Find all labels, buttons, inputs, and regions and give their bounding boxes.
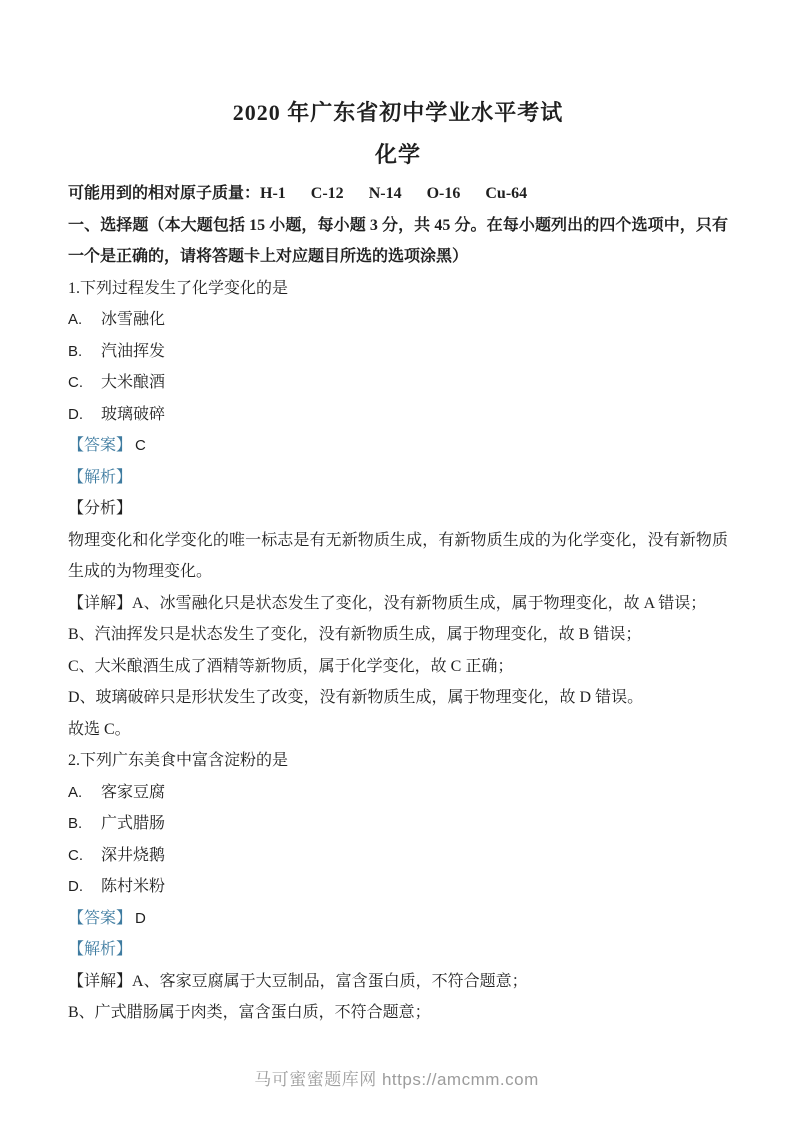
option-letter: A. [68,304,101,336]
detail-text: A、冰雪融化只是状态发生了变化，没有新物质生成，属于物理变化，故 A 错误； [132,595,706,612]
option-letter: B. [68,336,101,368]
option-row-b: B.汽油挥发 [68,336,728,368]
option-text: 大米酿酒 [101,374,165,391]
option-text: 陈村米粉 [101,878,165,895]
explanation-label: 【解析】 [68,469,132,486]
detail-line-b: B、广式腊肠属于肉类，富含蛋白质，不符合题意； [68,997,728,1029]
option-row-d: D.陈村米粉 [68,871,728,903]
explanation-line: 【解析】 [68,934,728,966]
option-letter: C. [68,840,101,872]
option-letter: D. [68,399,101,431]
option-text: 汽油挥发 [101,343,165,360]
option-row-c: C.大米酿酒 [68,367,728,399]
document-content: 2020 年广东省初中学业水平考试 化学 可能用到的相对原子质量：H-1C-12… [0,0,793,1029]
detail-line-c: C、大米酿酒生成了酒精等新物质，属于化学变化，故 C 正确； [68,651,728,683]
option-row-d: D.玻璃破碎 [68,399,728,431]
option-row-c: C.深井烧鹅 [68,840,728,872]
answer-line: 【答案】D [68,903,728,935]
conclusion-line: 故选 C。 [68,714,728,746]
option-letter: B. [68,808,101,840]
option-letter: C. [68,367,101,399]
explanation-line: 【解析】 [68,462,728,494]
analysis-label-line: 【分析】 [68,493,728,525]
atomic-mass-item-n: N-14 [369,185,402,202]
detail-line-b: B、汽油挥发只是状态发生了变化，没有新物质生成，属于物理变化，故 B 错误； [68,619,728,651]
option-row-a: A.冰雪融化 [68,304,728,336]
question-2: 2.下列广东美食中富含淀粉的是 A.客家豆腐 B.广式腊肠 C.深井烧鹅 D.陈… [68,745,728,1029]
atomic-mass-item-o: O-16 [427,185,461,202]
answer-line: 【答案】C [68,430,728,462]
option-text: 客家豆腐 [101,784,165,801]
document-page: 2020 年广东省初中学业水平考试 化学 可能用到的相对原子质量：H-1C-12… [0,0,793,1122]
detail-label: 【详解】 [68,973,132,990]
atomic-mass-line: 可能用到的相对原子质量：H-1C-12N-14O-16Cu-64 [68,178,728,210]
question-stem: 2.下列广东美食中富含淀粉的是 [68,745,728,777]
answer-value: C [135,437,146,454]
option-row-b: B.广式腊肠 [68,808,728,840]
answer-label: 【答案】 [68,910,132,927]
document-subtitle: 化学 [68,140,728,170]
question-stem: 1.下列过程发生了化学变化的是 [68,273,728,305]
option-letter: A. [68,777,101,809]
section-header: 一、选择题（本大题包括 15 小题，每小题 3 分，共 45 分。在每小题列出的… [68,210,728,273]
explanation-label: 【解析】 [68,941,132,958]
question-1: 1.下列过程发生了化学变化的是 A.冰雪融化 B.汽油挥发 C.大米酿酒 D.玻… [68,273,728,746]
detail-line-a: 【详解】A、客家豆腐属于大豆制品，富含蛋白质，不符合题意； [68,966,728,998]
detail-label: 【详解】 [68,595,132,612]
option-text: 玻璃破碎 [101,406,165,423]
detail-line-a: 【详解】A、冰雪融化只是状态发生了变化，没有新物质生成，属于物理变化，故 A 错… [68,588,728,620]
atomic-mass-item-h: H-1 [260,185,286,202]
option-text: 冰雪融化 [101,311,165,328]
option-row-a: A.客家豆腐 [68,777,728,809]
detail-text: A、客家豆腐属于大豆制品，富含蛋白质，不符合题意； [132,973,528,990]
atomic-mass-label: 可能用到的相对原子质量： [68,185,260,202]
answer-label: 【答案】 [68,437,132,454]
detail-line-d: D、玻璃破碎只是形状发生了改变，没有新物质生成，属于物理变化，故 D 错误。 [68,682,728,714]
answer-value: D [135,910,146,927]
option-letter: D. [68,871,101,903]
page-footer: 马可蜜蜜题库网 https://amcmm.com [0,1065,793,1090]
atomic-mass-item-c: C-12 [311,185,344,202]
option-text: 广式腊肠 [101,815,165,832]
footer-text: 马可蜜蜜题库网 https://amcmm.com [254,1070,539,1089]
option-text: 深井烧鹅 [101,847,165,864]
analysis-text: 物理变化和化学变化的唯一标志是有无新物质生成，有新物质生成的为化学变化，没有新物… [68,525,728,588]
document-title: 2020 年广东省初中学业水平考试 [68,98,728,128]
atomic-mass-item-cu: Cu-64 [485,185,527,202]
analysis-label: 【分析】 [68,500,132,517]
